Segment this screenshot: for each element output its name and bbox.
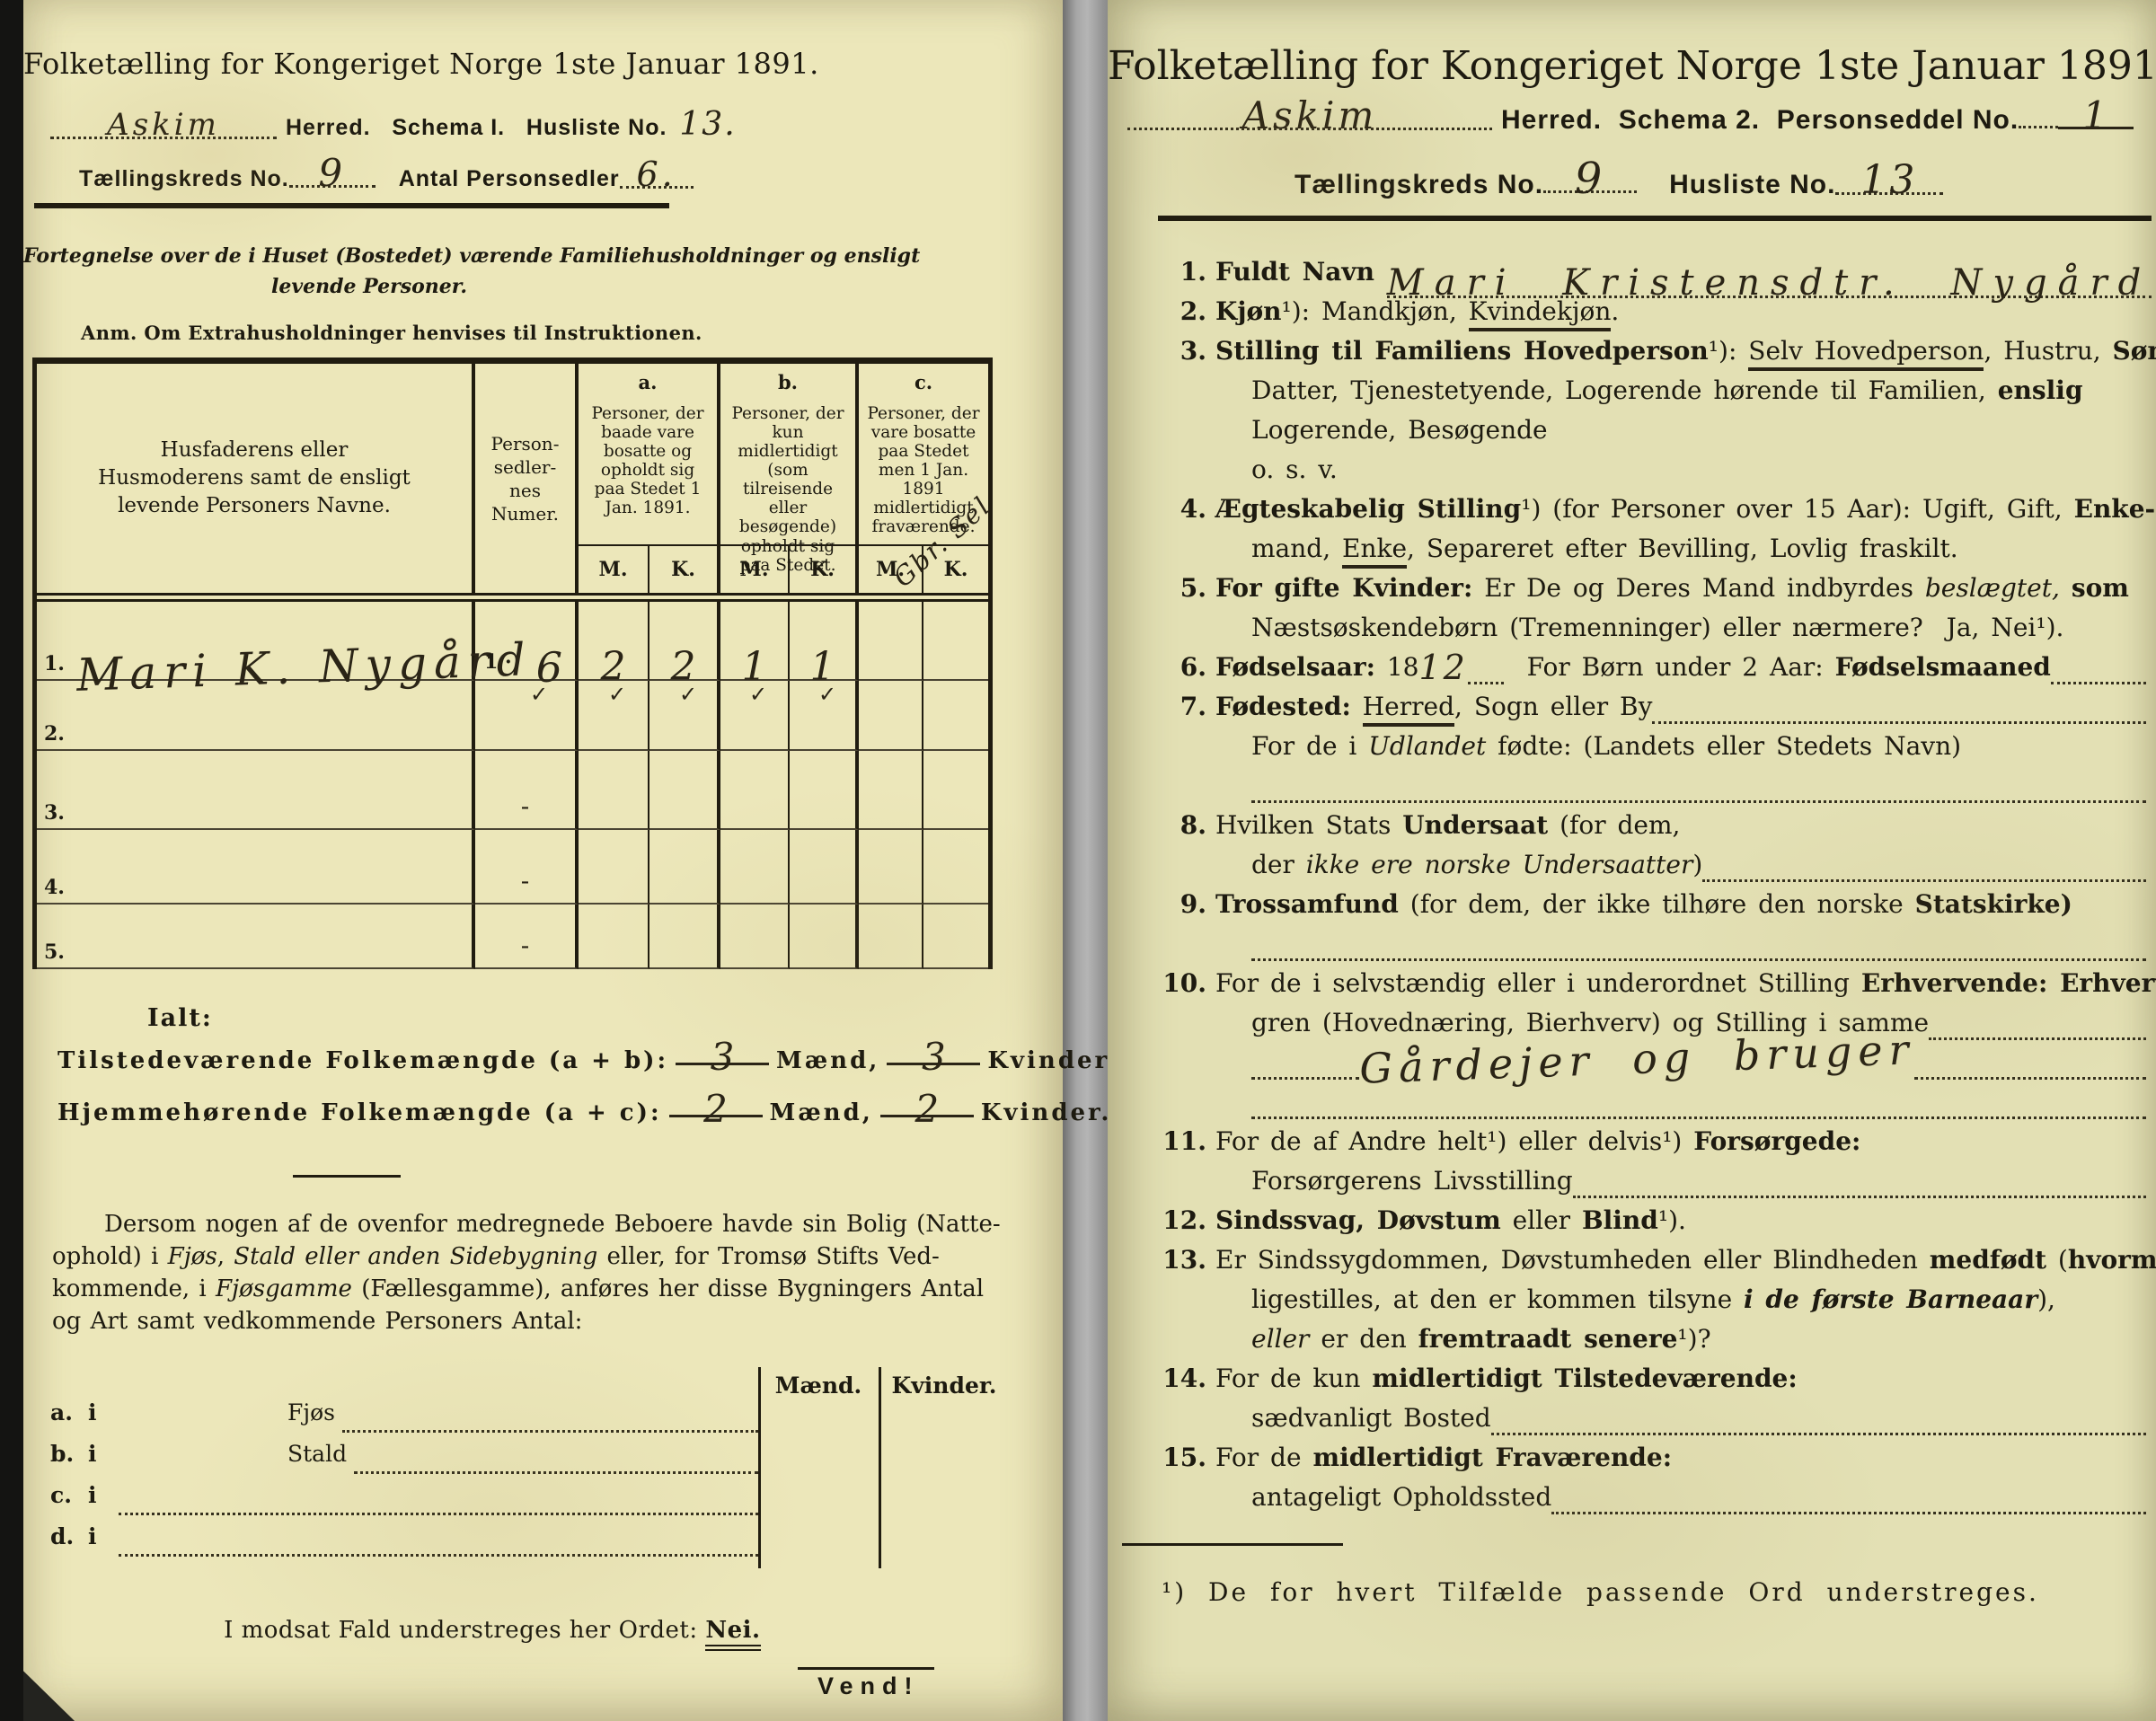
table-cell — [859, 830, 923, 905]
segment-i: ikke ere norske Undersaatter — [1306, 850, 1693, 879]
housing-col-women: Kvinder. — [881, 1372, 1007, 1399]
form-description-line1: Fortegnelse over de i Huset (Bostedet) v… — [23, 244, 715, 268]
segment-i: beslægtet, — [1925, 573, 2060, 603]
section-divider — [293, 1175, 401, 1178]
mk-header: K. — [649, 546, 720, 593]
total-resident-women-handwritten: 2 — [880, 1104, 974, 1117]
segment-p: Dersom nogen af de ovenfor medregnede Be… — [104, 1211, 1001, 1238]
segment-p: , Hustru, — [1984, 336, 2112, 366]
item-number: 3. — [1160, 336, 1206, 366]
form-line: 15.For de midlertidigt Fraværende: — [1215, 1443, 2146, 1482]
row-number: 3. — [44, 801, 65, 825]
segment-b: Enke- — [2074, 494, 2156, 524]
table-cell — [923, 602, 988, 681]
segment-p: eller, for Tromsø Stifts Ved- — [597, 1243, 940, 1270]
housing-row: c.i — [50, 1482, 758, 1523]
segment-p: antageligt Opholdssted — [1251, 1482, 1551, 1512]
table-row: 5. — [37, 905, 475, 969]
col-letter: a. — [639, 371, 658, 393]
table-cell: - — [475, 905, 579, 969]
form-line — [1215, 1087, 2146, 1126]
table-row: 2. — [37, 681, 475, 751]
form-line: Dersom nogen af de ovenfor medregnede Be… — [52, 1211, 995, 1243]
women-unit-label: Kvinder. — [981, 1099, 1112, 1126]
table-cell — [720, 830, 790, 905]
segment-b: Blind — [1582, 1205, 1658, 1235]
segment-dots — [1573, 1196, 2146, 1198]
segment-p: (for dem, der ikke tilhøre den norske — [1399, 889, 1915, 919]
segment-b: hvormed — [2068, 1245, 2156, 1275]
segment-i: Fjøsgamme — [216, 1275, 352, 1302]
total-resident-men-handwritten: 2 — [669, 1104, 763, 1117]
item-number: 6. — [1160, 652, 1206, 682]
col-header-b: b.Personer, der kun midlertidigt (som ti… — [720, 364, 859, 546]
segment-b: som — [2072, 573, 2129, 603]
table-cell — [859, 681, 923, 751]
form-line: 7.Fødested: Herred, Sogn eller By — [1215, 692, 2146, 731]
segment-p: ligestilles, at den er kommen tilsyne — [1251, 1284, 1744, 1314]
housing-col-men: Mænd. — [758, 1372, 879, 1399]
personseddel-items: 1.Fuldt Navn Mari Kristensdtr. Nygård2.K… — [1215, 257, 2146, 1522]
segment-pu: Kvindekjøn — [1469, 296, 1612, 331]
segment-b: Statskirke) — [1915, 889, 2072, 919]
tellingskreds-number-handwritten: 9 — [1543, 167, 1637, 193]
item-number: 14. — [1160, 1364, 1206, 1393]
segment-p: o. s. v. — [1251, 455, 1338, 484]
table-cell — [923, 751, 988, 830]
form-line: 5.For gifte Kvinder: Er De og Deres Mand… — [1215, 573, 2146, 613]
segment-p: ), — [2037, 1284, 2055, 1314]
header-double-rule — [37, 593, 988, 602]
checkmark-handwritten: ✓ — [818, 682, 836, 707]
housing-prefix: i — [88, 1523, 111, 1549]
form-subheader: Askim Herred. Schema I. Husliste No. 13. — [50, 106, 737, 143]
district-handwritten: Askim — [50, 113, 277, 139]
footnote: ¹) De for hvert Tilfælde passende Ord un… — [1162, 1577, 2039, 1607]
segment-p: , Separeret efter Bevilling, Lovlig fras… — [1407, 534, 1958, 563]
item-number: 12. — [1160, 1205, 1206, 1235]
segment-p: For de i selvstændig eller i underordnet… — [1215, 968, 1861, 998]
mk-header: K. — [790, 546, 859, 593]
segment-b: Fuldt Navn — [1215, 257, 1387, 287]
form-line: For de i Udlandet fødte: (Landets eller … — [1215, 731, 2146, 771]
form-description-line2: levende Personer. — [23, 275, 715, 298]
form-line: 4.Ægteskabelig Stilling¹) (for Personer … — [1215, 494, 2146, 534]
housing-letter: a. — [50, 1399, 88, 1425]
segment-p: Er De og Deres Mand indbyrdes — [1472, 573, 1925, 603]
segment-p: For de kun — [1215, 1364, 1372, 1393]
form-line: Datter, Tjenestetyende, Logerende hørend… — [1215, 375, 2146, 415]
housing-row: b.iStald — [50, 1441, 758, 1482]
form-line: antageligt Opholdssted — [1215, 1482, 2146, 1522]
housing-letter: b. — [50, 1441, 88, 1467]
form-line: 1.Fuldt Navn Mari Kristensdtr. Nygård — [1215, 257, 2146, 296]
segment-b: Trossamfund — [1215, 889, 1399, 919]
segment-p: (for dem, — [1548, 810, 1680, 840]
segment-dots — [2051, 682, 2146, 684]
form-line — [1215, 929, 2146, 968]
tellingskreds-line: Tællingskreds No. 9 Antal Personsedler 6… — [79, 162, 694, 192]
segment-p: fødte: (Landets eller Stedets Navn) — [1486, 731, 1961, 761]
segment-b: medfødt — [1930, 1245, 2046, 1275]
segment-dots — [1251, 958, 2146, 961]
housing-prefix: i — [88, 1441, 111, 1467]
segment-i: eller anden Sidebygning — [305, 1243, 597, 1270]
segment-pu: Enke — [1342, 534, 1407, 569]
item-number: 8. — [1160, 810, 1206, 840]
antal-personsedler-label: Antal Personsedler — [399, 166, 620, 192]
segment-b: Søn — [2113, 336, 2156, 366]
segment-p: ) — [1692, 850, 1702, 879]
table-cell — [649, 751, 720, 830]
table-cell — [790, 905, 859, 969]
segment-dots — [1491, 1433, 2146, 1435]
form-line: Forsørgerens Livsstilling — [1215, 1166, 2146, 1205]
table-cell — [859, 602, 923, 681]
segment-dots — [1929, 1037, 2146, 1040]
sedler-range-printed: 1 · — [484, 650, 512, 674]
mk-header: M. — [720, 546, 790, 593]
table-row: 3. — [37, 751, 475, 830]
form-line: Gårdejer og bruger — [1215, 1047, 2146, 1087]
segment-pu: Selv Hovedperson — [1748, 336, 1984, 371]
table-cell — [923, 681, 988, 751]
row-number: 2. — [44, 722, 65, 746]
form-line: ophold) i Fjøs, Stald eller anden Sideby… — [52, 1243, 995, 1275]
form-line: 2.Kjøn¹): Mandkjøn, Kvindekjøn. — [1215, 296, 2146, 336]
checkmark-handwritten: ✓ — [608, 682, 626, 707]
dotted-leader — [119, 1554, 758, 1557]
men-unit-label: Mænd, — [776, 1047, 879, 1074]
item-number: 9. — [1160, 889, 1206, 919]
col-letter: c. — [915, 371, 932, 393]
form-line: der ikke ere norske Undersaatter) — [1215, 850, 2146, 889]
item-number: 1. — [1160, 257, 1206, 287]
segment-dots — [1251, 1077, 1359, 1080]
segment-p: ¹). — [1658, 1205, 1686, 1235]
segment-p: sædvanligt Bosted — [1251, 1403, 1491, 1433]
housing-prefix: i — [88, 1399, 111, 1425]
item-number: 4. — [1160, 494, 1206, 524]
dotted-leader — [119, 1513, 758, 1515]
segment-b: Fødselsaar: — [1215, 652, 1375, 682]
segment-dots — [1914, 1077, 2146, 1080]
housing-label: Fjøs — [287, 1399, 342, 1425]
segment-b: Kjøn — [1215, 296, 1282, 326]
segment-p: ¹) (for Personer over 15 Aar): Ugift, Gi… — [1521, 494, 2073, 524]
form-line: 6.Fødselsaar: 1812 For Børn under 2 Aar:… — [1215, 652, 2146, 692]
housing-label: Stald — [287, 1441, 354, 1467]
table-cell — [649, 830, 720, 905]
men-unit-label: Mænd, — [770, 1099, 873, 1126]
segment-p: ( — [2046, 1245, 2068, 1275]
district-handwritten: Askim — [1127, 104, 1492, 130]
form-line: og Art samt vedkommende Personers Antal: — [52, 1308, 995, 1340]
segment-p: Er Sindssygdommen, Døvstumheden eller Bl… — [1215, 1245, 1930, 1275]
segment-p: og Art samt vedkommende Personers Antal: — [52, 1308, 582, 1335]
housing-row: a.iFjøs — [50, 1399, 758, 1441]
segment-b: Fødselsmaaned — [1835, 652, 2051, 682]
segment-dots — [1551, 1512, 2146, 1514]
row-number: 4. — [44, 876, 65, 899]
form-line: Logerende, Besøgende — [1215, 415, 2146, 455]
segment-p: ¹): — [1709, 336, 1748, 366]
segment-dots — [1702, 879, 2146, 882]
total-present-label: Tilstedeværende Folkemængde (a + b): — [57, 1047, 668, 1074]
item-number: 2. — [1160, 296, 1206, 326]
tellingskreds-number-handwritten: 9 — [289, 162, 376, 188]
item-number: 13. — [1160, 1245, 1206, 1275]
page-title: Folketælling for Kongeriget Norge 1ste J… — [23, 47, 695, 81]
table-cell: 1 — [790, 602, 859, 681]
personseddel-number-handwritten: 1 — [2058, 105, 2134, 129]
segment-b: midlertidigt Tilstedeværende: — [1372, 1364, 1797, 1393]
row-number: 5. — [44, 940, 65, 964]
husliste-number-handwritten: 13 — [1835, 169, 1943, 195]
form-line: sædvanligt Bosted — [1215, 1403, 2146, 1443]
segment-p: ophold) i — [52, 1243, 168, 1270]
item-number: 7. — [1160, 692, 1206, 721]
modsat-text: I modsat Fald understreges her Ordet: — [224, 1617, 705, 1644]
segment-p: Datter, Tjenestetyende, Logerende hørend… — [1251, 375, 1998, 405]
vend-label: Vend! — [817, 1672, 920, 1700]
schema1-page: Folketælling for Kongeriget Norge 1ste J… — [23, 0, 1063, 1721]
segment-dots — [1652, 721, 2146, 724]
segment-p: Forsørgerens Livsstilling — [1251, 1166, 1573, 1196]
segment-i: eller — [1251, 1324, 1309, 1354]
segment-p: For de — [1215, 1443, 1312, 1472]
segment-p — [296, 1243, 305, 1270]
form-line: 13.Er Sindssygdommen, Døvstumheden eller… — [1215, 1245, 2146, 1284]
total-present-row: Tilstedeværende Folkemængde (a + b): 3 M… — [57, 1047, 1055, 1074]
table-row: 4. — [37, 830, 475, 905]
segment-dots — [1251, 800, 2146, 803]
segment-b: Stilling til Familiens Hovedperson — [1215, 336, 1709, 366]
segment-p: (Fællesgamme), anføres her disse Bygning… — [352, 1275, 984, 1302]
vend-rule — [798, 1667, 934, 1670]
checkmark-handwritten: ✓ — [679, 682, 697, 707]
mk-header: M. — [579, 546, 649, 593]
housing-prefix: i — [88, 1482, 111, 1508]
form-line: 3.Stilling til Familiens Hovedperson¹): … — [1215, 336, 2146, 375]
segment-b: Undersaat — [1402, 810, 1548, 840]
segment-p: kommende, i — [52, 1275, 216, 1302]
form-line: kommende, i Fjøsgamme (Fællesgamme), anf… — [52, 1275, 995, 1308]
col-text: Personer, der baade vare bosatte og opho… — [583, 404, 712, 517]
segment-p: eller — [1501, 1205, 1582, 1235]
table-cell — [649, 905, 720, 969]
anm-note: Anm. Om Extrahusholdninger henvises til … — [81, 322, 702, 344]
form-line: o. s. v. — [1215, 455, 2146, 494]
col-header-number: Person- sedler- nes Numer. — [475, 364, 579, 593]
segment-b: Fødested: — [1215, 692, 1351, 721]
household-table: Husfaderens eller Husmoderens samt de en… — [32, 357, 993, 969]
housing-letter: d. — [50, 1523, 88, 1549]
segment-p: . — [1611, 296, 1619, 326]
form-subheader: Askim Herred. Schema 2. Personseddel No.… — [1127, 104, 2134, 136]
segment-b: fremtraadt senere — [1418, 1324, 1678, 1354]
table-cell — [579, 751, 649, 830]
segment-b: Sindssvag, Døvstum — [1215, 1205, 1501, 1235]
form-line: eller er den fremtraadt senere¹)? — [1215, 1324, 2146, 1364]
table-cell — [579, 905, 649, 969]
housing-rows: a.iFjøsb.iStaldc.id.i — [50, 1399, 758, 1565]
table-cell — [859, 905, 923, 969]
total-resident-row: Hjemmehørende Folkemængde (a + c): 2 Mæn… — [57, 1099, 1055, 1126]
tellingskreds-line: Tællingskreds No. 9 Husliste No. 13 — [1294, 167, 1943, 200]
housing-row: d.i — [50, 1523, 758, 1565]
tellingskreds-label: Tællingskreds No. — [1294, 170, 1543, 200]
scanner-edge — [0, 0, 23, 1721]
row-number: 1. — [44, 652, 65, 675]
item-number: 10. — [1160, 968, 1206, 998]
table-cell — [790, 751, 859, 830]
table-cell: 2 — [649, 602, 720, 681]
table-cell: - — [475, 751, 579, 830]
segment-p: For de i — [1251, 731, 1368, 761]
segment-p — [1351, 692, 1363, 721]
table-cell — [720, 751, 790, 830]
total-resident-label: Hjemmehørende Folkemængde (a + c): — [57, 1099, 662, 1126]
segment-bi: i de første Barneaar — [1744, 1284, 2037, 1314]
modsat-line: I modsat Fald understreges her Ordet: Ne… — [192, 1590, 761, 1671]
schema2-page: Folketælling for Kongeriget Norge 1ste J… — [1108, 0, 2156, 1721]
form-line: 12.Sindssvag, Døvstum eller Blind¹). — [1215, 1205, 2146, 1245]
table-cell: 1 — [720, 602, 790, 681]
segment-b: Forsørgede: — [1693, 1126, 1860, 1156]
col-header-a: a.Personer, der baade vare bosatte og op… — [579, 364, 720, 546]
ialt-label: Ialt: — [147, 1004, 213, 1032]
header-rule — [1158, 216, 2152, 221]
table-cell — [475, 681, 579, 751]
dotted-leader — [2019, 126, 2058, 128]
segment-i: Stald — [234, 1243, 296, 1270]
segment-p: mand, — [1251, 534, 1342, 563]
segment-p: der — [1251, 850, 1306, 879]
segment-p: ¹): Mandkjøn, — [1282, 296, 1469, 326]
dotted-leader — [354, 1471, 758, 1474]
housing-paragraph: Dersom nogen af de ovenfor medregnede Be… — [52, 1211, 995, 1340]
item-number: 5. — [1160, 573, 1206, 603]
segment-p — [2060, 573, 2072, 603]
segment-i: Fjøs — [168, 1243, 217, 1270]
segment-p: For de af Andre helt¹) eller delvis¹) — [1215, 1126, 1693, 1156]
col-header-names: Husfaderens eller Husmoderens samt de en… — [37, 364, 475, 593]
table-row: 1.Mari K. Nygård — [37, 602, 475, 681]
form-line: mand, Enke, Separeret efter Bevilling, L… — [1215, 534, 2146, 573]
form-line: 9.Trossamfund (for dem, der ikke tilhøre… — [1215, 889, 2146, 929]
husliste-number-handwritten: 13. — [679, 106, 736, 143]
total-present-men-handwritten: 3 — [676, 1052, 769, 1065]
segment-p: ¹)? — [1677, 1324, 1710, 1354]
husliste-label: Husliste No. — [1669, 170, 1835, 200]
form-line: 11.For de af Andre helt¹) eller delvis¹)… — [1215, 1126, 2146, 1166]
table-cell: 2 — [579, 602, 649, 681]
form-line: 14.For de kun midlertidigt Tilstedeværen… — [1215, 1364, 2146, 1403]
segment-p: , — [217, 1243, 234, 1270]
segment-handbig: Gårdejer og bruger — [1359, 1041, 1915, 1077]
item-number: 11. — [1160, 1126, 1206, 1156]
page-title: Folketælling for Kongeriget Norge 1ste J… — [1108, 43, 2156, 89]
segment-p: er den — [1309, 1324, 1418, 1354]
segment-dots — [1468, 682, 1504, 684]
empty-row-dash: - — [521, 931, 529, 960]
form-line: ligestilles, at den er kommen tilsyne i … — [1215, 1284, 2146, 1324]
segment-handfill: Mari Kristensdtr. Nygård — [1387, 270, 2152, 298]
header-rule — [34, 203, 669, 208]
women-unit-label: Kvinder. — [987, 1047, 1118, 1074]
tellingskreds-label: Tællingskreds No. — [79, 166, 289, 192]
page-corner-shadow — [23, 1647, 106, 1721]
antal-personsedler-handwritten: 6. — [620, 163, 694, 189]
segment-b: enslig — [1998, 375, 2083, 405]
form-line: 10.For de i selvstændig eller i underord… — [1215, 968, 2146, 1008]
col-letter: b. — [778, 371, 798, 393]
segment-b: For gifte Kvinder: — [1215, 573, 1472, 603]
empty-row-dash: - — [521, 866, 529, 896]
table-cell — [923, 830, 988, 905]
empty-row-dash: - — [521, 791, 529, 821]
housing-letter: c. — [50, 1482, 88, 1508]
herred-schema-label: Herred. Schema 2. Personseddel No. — [1501, 105, 2019, 136]
segment-p: , Sogn eller By — [1454, 692, 1652, 721]
form-line: Næstsøskendebørn (Tremenninger) eller næ… — [1215, 613, 2146, 652]
table-cell — [923, 905, 988, 969]
nei-word: Nei. — [705, 1617, 760, 1651]
segment-i: Udlandet — [1368, 731, 1486, 761]
table-cell — [720, 905, 790, 969]
segment-pu: Herred — [1363, 692, 1454, 727]
segment-b: Ægteskabelig Stilling — [1215, 494, 1521, 524]
footnote-rule — [1122, 1543, 1343, 1546]
herred-schema-label: Herred. Schema I. Husliste No. — [286, 115, 667, 141]
checkmark-handwritten: ✓ — [530, 682, 548, 707]
table-cell — [790, 830, 859, 905]
table-cell: - — [475, 830, 579, 905]
table-cell — [859, 751, 923, 830]
form-line: 8.Hvilken Stats Undersaat (for dem, — [1215, 810, 2146, 850]
segment-b: midlertidigt Fraværende: — [1312, 1443, 1672, 1472]
page-gap — [1063, 0, 1108, 1721]
segment-p: Næstsøskendebørn (Tremenninger) eller næ… — [1251, 613, 2063, 642]
dotted-leader — [342, 1430, 758, 1433]
segment-p: Logerende, Besøgende — [1251, 415, 1548, 445]
checkmark-handwritten: ✓ — [749, 682, 767, 707]
segment-b: Erhvervende: Erhvervs- — [1861, 968, 2156, 998]
form-line — [1215, 771, 2146, 810]
total-present-women-handwritten: 3 — [887, 1052, 980, 1065]
segment-p: For Børn under 2 Aar: — [1504, 652, 1835, 682]
segment-dots — [1251, 1116, 2146, 1119]
table-cell — [579, 830, 649, 905]
segment-p: 18 — [1375, 652, 1419, 682]
table-cell: 1 ·6 — [475, 602, 579, 681]
item-number: 15. — [1160, 1443, 1206, 1472]
segment-p: Hvilken Stats — [1215, 810, 1402, 840]
segment-handin: 12 — [1418, 659, 1467, 675]
